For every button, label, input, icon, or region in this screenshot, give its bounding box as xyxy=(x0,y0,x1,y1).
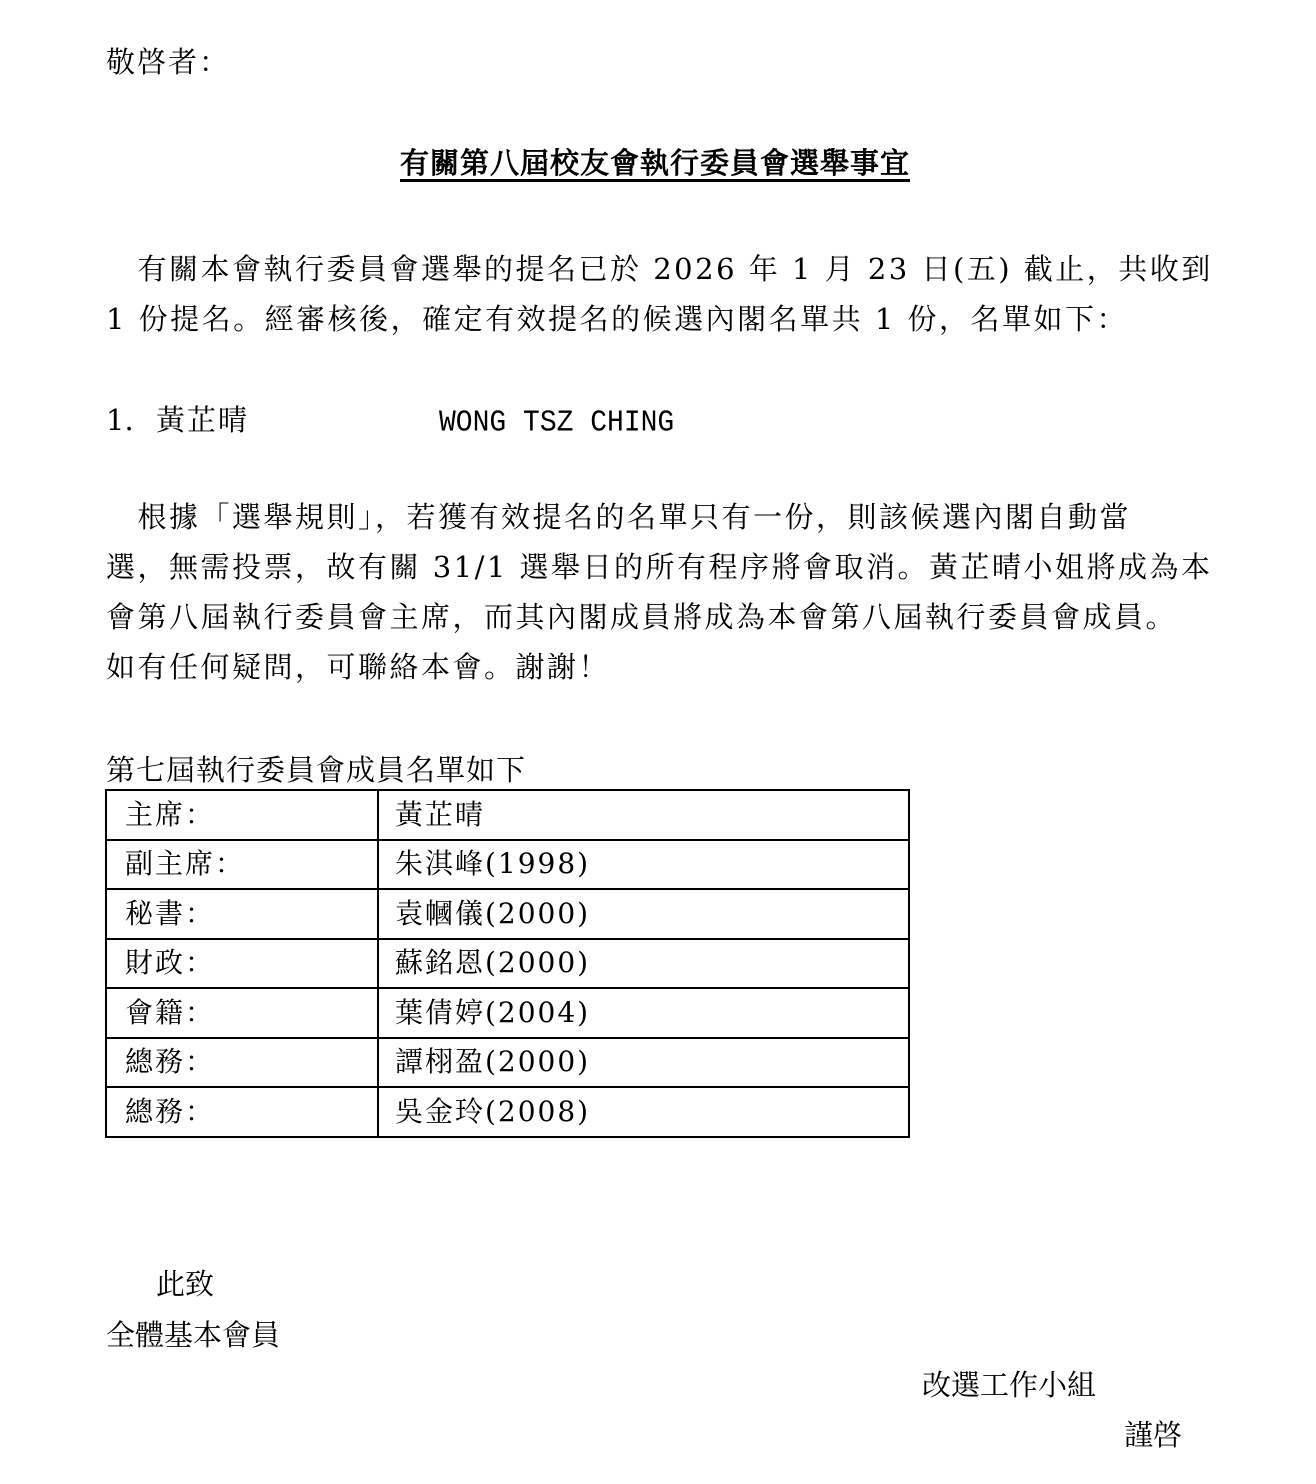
table-row: 財政： 蘇銘恩(2000) xyxy=(106,939,909,989)
document-title: 有關第八屆校友會執行委員會選舉事宜 xyxy=(400,148,910,182)
member-cell: 葉倩婷(2004) xyxy=(378,988,909,1038)
candidate-entry: 1.黃芷晴WONG TSZ CHING xyxy=(106,398,674,439)
member-cell: 黃芷晴 xyxy=(378,790,909,840)
member-cell: 袁幗儀(2000) xyxy=(378,889,909,939)
table-row: 主席： 黃芷晴 xyxy=(106,790,909,840)
role-cell: 副主席： xyxy=(106,840,378,890)
table-caption: 第七屆執行委員會成員名單如下 xyxy=(106,748,526,789)
paragraph-line: 會第八屆執行委員會主席，而其內閣成員將成為本會第八屆執行委員會成員。 xyxy=(106,592,1266,642)
recipient: 全體基本會員 xyxy=(106,1313,280,1354)
paragraph-nomination-summary: 有關本會執行委員會選舉的提名已於 2026 年 1 月 23 日(五) 截止，共… xyxy=(106,244,1266,344)
table-row: 總務： 吳金玲(2008) xyxy=(106,1087,909,1137)
paragraph-line: 有關本會執行委員會選舉的提名已於 2026 年 1 月 23 日(五) 截止，共… xyxy=(106,244,1266,294)
closing-phrase: 此致 xyxy=(156,1262,214,1303)
table-row: 總務： 譚栩盈(2000) xyxy=(106,1038,909,1088)
member-cell: 吳金玲(2008) xyxy=(378,1087,909,1137)
table-row: 會籍： 葉倩婷(2004) xyxy=(106,988,909,1038)
member-cell: 譚栩盈(2000) xyxy=(378,1038,909,1088)
role-cell: 會籍： xyxy=(106,988,378,1038)
paragraph-line: 根據「選舉規則」，若獲有效提名的名單只有一份，則該候選內閣自動當 xyxy=(106,492,1266,542)
table-row: 副主席： 朱淇峰(1998) xyxy=(106,840,909,890)
committee-table: 主席： 黃芷晴 副主席： 朱淇峰(1998) 秘書： 袁幗儀(2000) 財政：… xyxy=(105,789,910,1138)
candidate-number: 1. xyxy=(106,403,156,437)
role-cell: 總務： xyxy=(106,1038,378,1088)
paragraph-line: 1 份提名。經審核後，確定有效提名的候選內閣名單共 1 份，名單如下： xyxy=(106,294,1266,344)
candidate-name-chinese: 黃芷晴 xyxy=(156,398,439,439)
table-row: 秘書： 袁幗儀(2000) xyxy=(106,889,909,939)
paragraph-line: 選，無需投票，故有關 31/1 選舉日的所有程序將會取消。黃芷晴小姐將成為本 xyxy=(106,542,1266,592)
member-cell: 蘇銘恩(2000) xyxy=(378,939,909,989)
salutation: 敬啓者： xyxy=(106,48,230,77)
role-cell: 財政： xyxy=(106,939,378,989)
role-cell: 總務： xyxy=(106,1087,378,1137)
paragraph-election-result: 根據「選舉規則」，若獲有效提名的名單只有一份，則該候選內閣自動當 選，無需投票，… xyxy=(106,492,1266,692)
paragraph-line: 如有任何疑問，可聯絡本會。謝謝！ xyxy=(106,642,1266,692)
sign-off: 謹啓 xyxy=(1124,1413,1182,1454)
role-cell: 秘書： xyxy=(106,889,378,939)
role-cell: 主席： xyxy=(106,790,378,840)
signatory: 改選工作小組 xyxy=(922,1363,1096,1404)
member-cell: 朱淇峰(1998) xyxy=(378,840,909,890)
candidate-name-english: WONG TSZ CHING xyxy=(439,406,674,440)
